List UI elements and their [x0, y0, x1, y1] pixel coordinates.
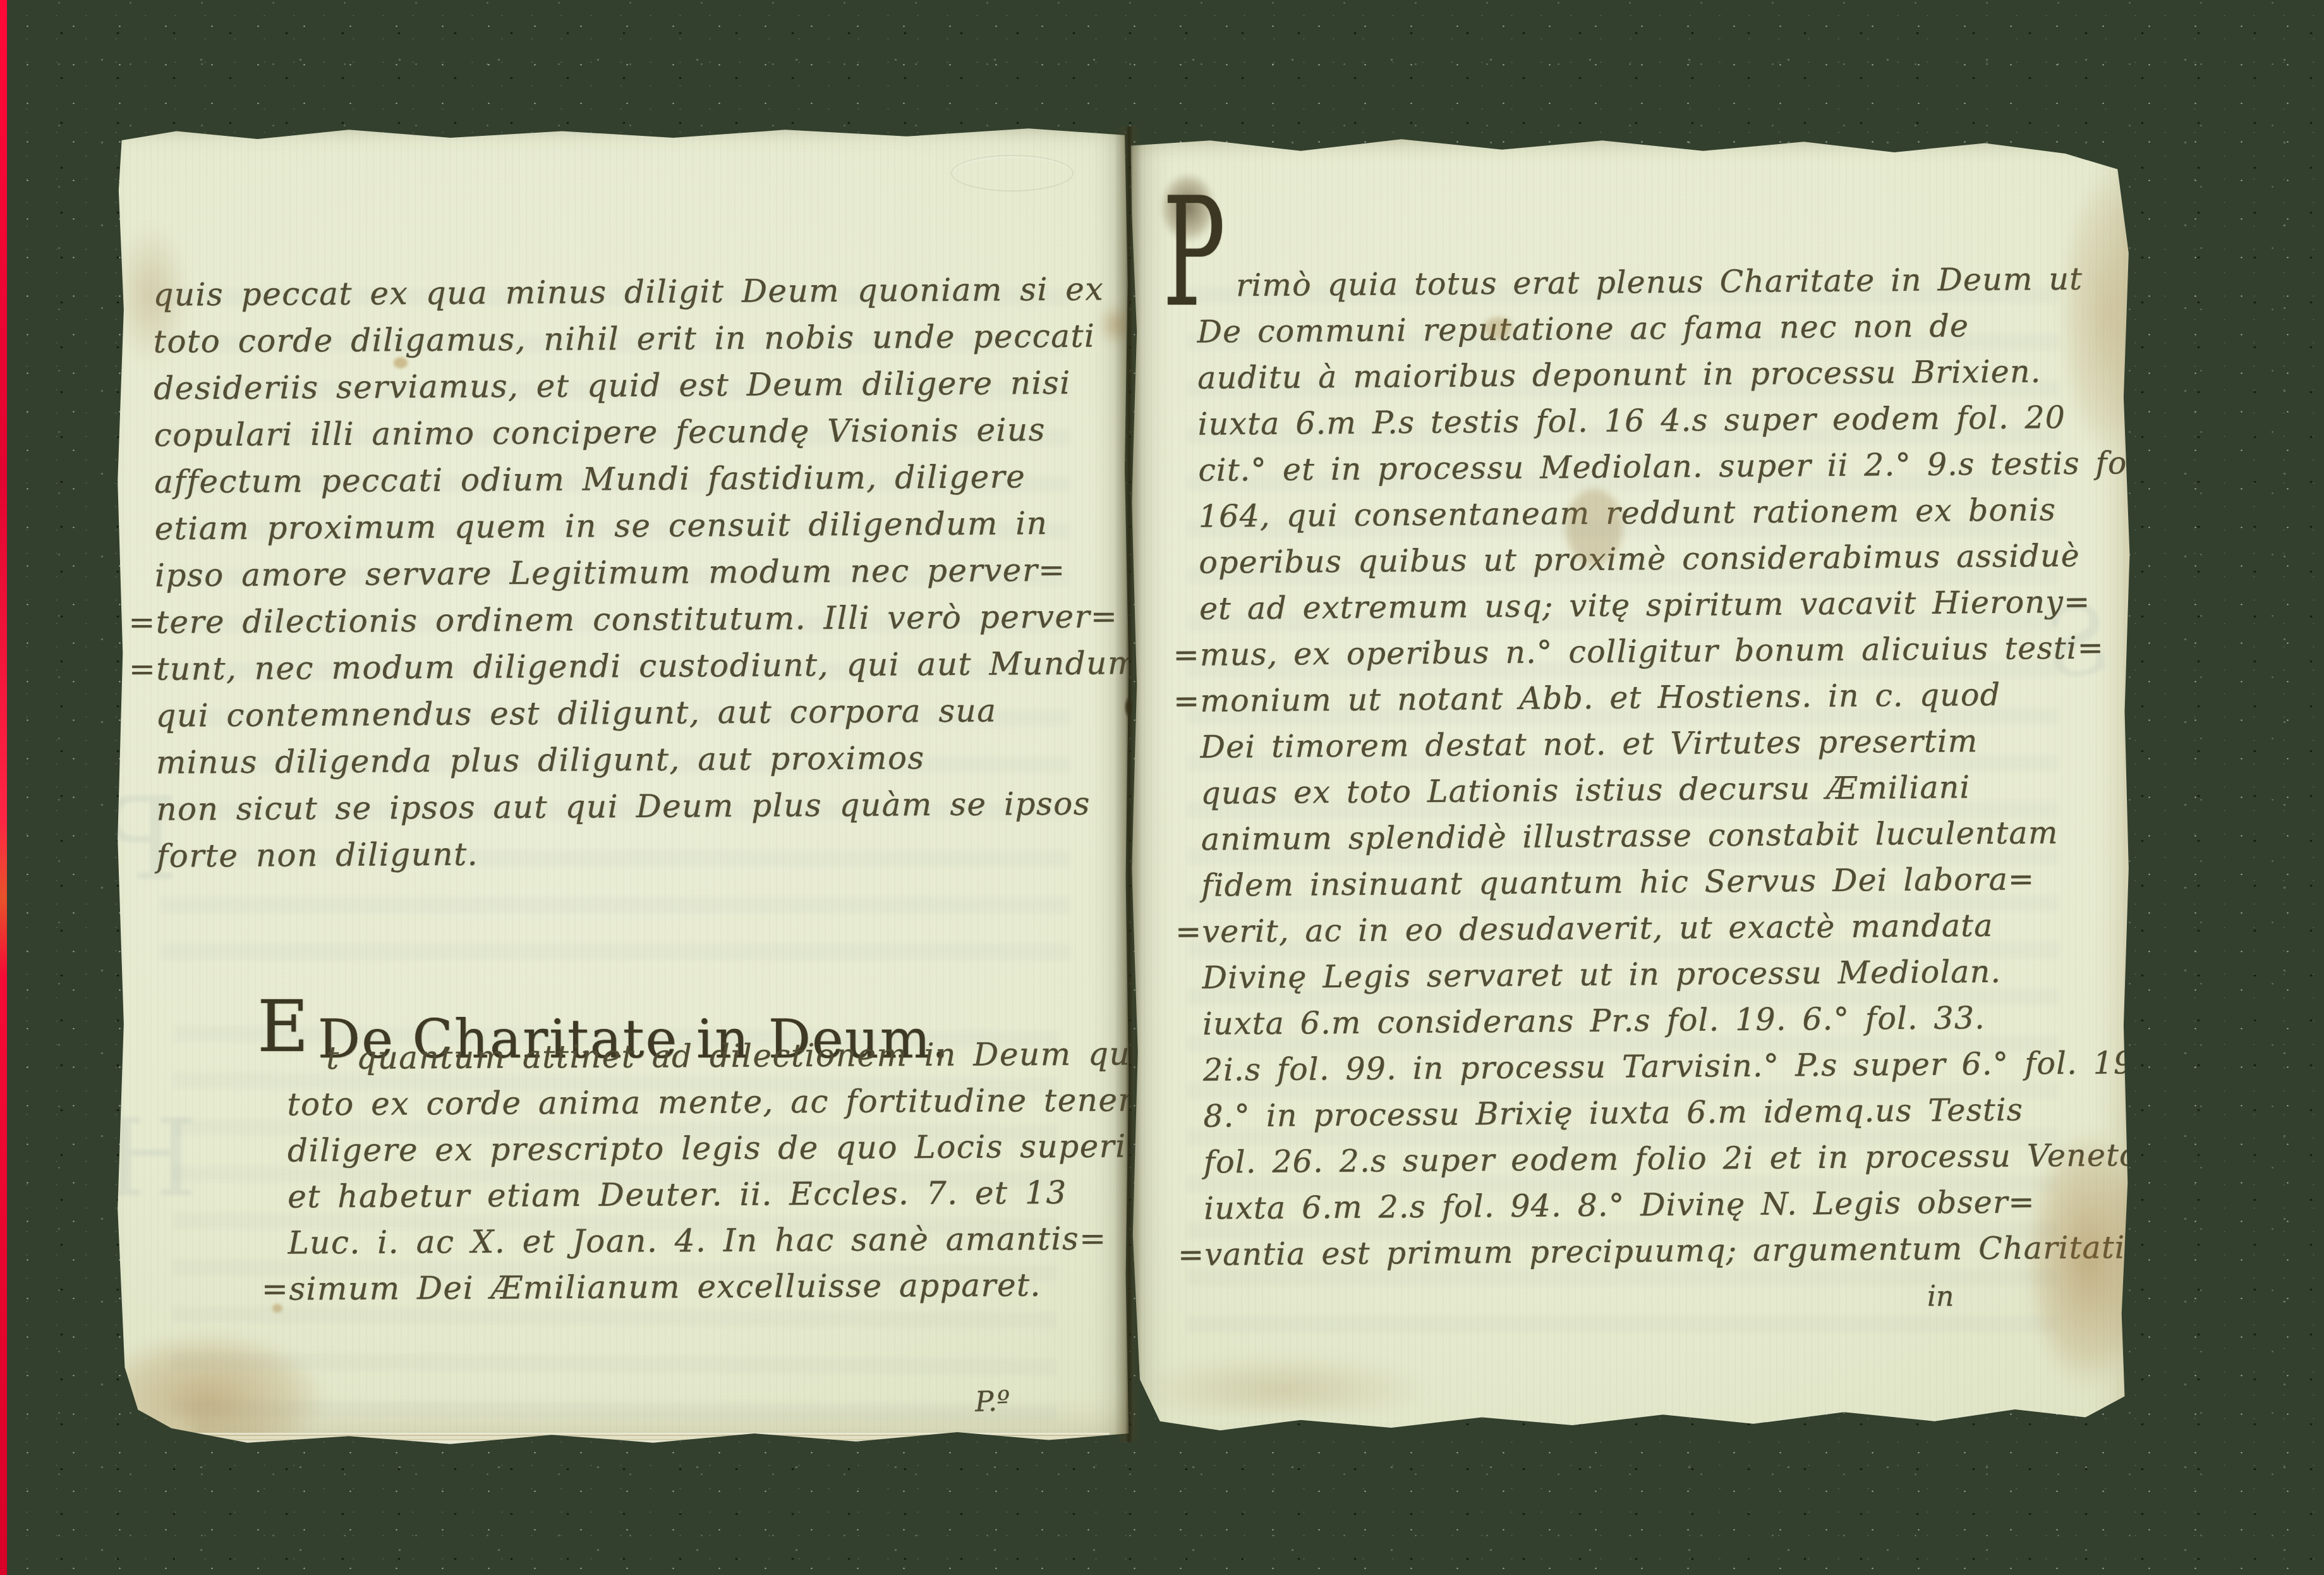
manuscript-scan: P H quis peccat ex qua minus diligit Deu… [0, 0, 2324, 1575]
text-line: et ad extremum usq; vitę spiritum vacavi… [1199, 578, 2124, 631]
text-line: toto ex corde anima mente, ac fortitudin… [287, 1078, 1108, 1128]
manuscript-page-right: S P rimò quia totus erat plenus Charitat… [1130, 135, 2136, 1445]
stacked-leaf-edges [126, 1433, 1110, 1445]
text-line: non sicut se ipsos aut qui Deum plus quà… [156, 780, 1098, 832]
text-line: =tere dilectionis ordinem constitutum. I… [155, 593, 1096, 645]
text-line: minus diligenda plus diligunt, aut proxi… [156, 733, 1098, 786]
text-line: =simum Dei Æmilianum excelluisse apparet… [288, 1262, 1110, 1313]
manuscript-page-left: P H quis peccat ex qua minus diligit Deu… [116, 125, 1130, 1447]
text-line: rimò quia totus erat plenus Charitate in… [1197, 255, 2121, 308]
left-paragraph-1: quis peccat ex qua minus diligit Deum qu… [153, 265, 1098, 879]
stain [119, 1305, 372, 1450]
text-line: iuxta 6.m considerans Pr.s fol. 19. 6.° … [1202, 994, 2127, 1047]
catchword-right: in [1927, 1280, 1954, 1313]
text-line: desideriis serviamus, et quid est Deum d… [154, 359, 1095, 411]
left-paragraph-2: t quantum attinet ad dilectionem in Deum… [287, 1031, 1110, 1313]
text-line: 164, qui consentaneam reddunt rationem e… [1199, 486, 2123, 539]
text-line: cit.° et in processu Mediolan. super ii … [1198, 440, 2122, 493]
bleedthrough-initial: H [104, 1105, 197, 1212]
text-line: auditu à maioribus deponunt in processu … [1197, 348, 2122, 401]
text-line: qui contemnendus est diligunt, aut corpo… [155, 686, 1097, 739]
text-line: etiam proximum quem in se censuit dilige… [154, 499, 1096, 552]
text-line: quis peccat ex qua minus diligit Deum qu… [153, 265, 1094, 318]
text-line: copulari illi animo concipere fecundę Vi… [154, 406, 1095, 458]
text-line: De communi reputatione ac fama nec non d… [1197, 301, 2121, 355]
text-line: diligere ex prescripto legis de quo Loci… [287, 1124, 1109, 1174]
text-line: Divinę Legis servaret ut in processu Med… [1202, 947, 2126, 1000]
text-line: =verit, ac in eo desudaverit, ut exactè … [1202, 901, 2126, 954]
text-line: t quantum attinet ad dilectionem in Deum… [287, 1031, 1108, 1082]
text-line: iuxta 6.m 2.s fol. 94. 8.° Divinę N. Leg… [1204, 1178, 2128, 1231]
text-line: quas ex toto Lationis istius decursu Æmi… [1201, 763, 2125, 816]
page-gutter-fold [1115, 126, 1142, 1442]
text-line: ipso amore servare Legitimum modum nec p… [155, 546, 1096, 599]
text-line: iuxta 6.m P.s testis fol. 16 4.s super e… [1197, 394, 2122, 447]
text-line: =mus, ex operibus n.° colligitur bonum a… [1199, 624, 2124, 678]
text-line: Luc. i. ac X. et Joan. 4. In hac sanè am… [287, 1216, 1109, 1267]
text-line: toto corde diligamus, nihil erit in nobi… [154, 312, 1095, 365]
text-line: =monium ut notant Abb. et Hostiens. in c… [1200, 671, 2124, 724]
catchword-left: P.º [974, 1385, 1010, 1418]
scan-edge-stripe [0, 0, 7, 1575]
stacked-leaf-edges [1140, 1431, 2095, 1444]
text-line: et habetur etiam Deuter. ii. Eccles. 7. … [287, 1170, 1109, 1220]
text-line: 2i.s fol. 99. in processu Tarvisin.° P.s… [1202, 1040, 2127, 1093]
blind-emboss-mark [951, 155, 1074, 192]
text-line: forte non diligunt. [157, 827, 1098, 879]
text-line: operibus quibus ut proximè considerabimu… [1199, 532, 2123, 585]
text-line: =vantia est primum precipuumq; argumentu… [1204, 1224, 2129, 1277]
right-paragraph: rimò quia totus erat plenus Charitate in… [1197, 255, 2129, 1277]
text-line: 8.° in processu Brixię iuxta 6.m idemq.u… [1203, 1086, 2127, 1139]
text-line: =tunt, nec modum diligendi custodiunt, q… [155, 640, 1097, 692]
text-line: fidem insinuant quantum hic Servus Dei l… [1201, 855, 2126, 908]
text-line: fol. 26. 2.s super eodem folio 2i et in … [1204, 1132, 2128, 1185]
edge-toning [1155, 1336, 1471, 1412]
text-line: Dei timorem destat not. et Virtutes pres… [1200, 717, 2124, 770]
text-line: animum splendidè illustrasse constabit l… [1201, 809, 2126, 862]
text-line: affectum peccati odium Mundi fastidium, … [154, 453, 1096, 505]
binding-stitch [1124, 696, 1133, 718]
